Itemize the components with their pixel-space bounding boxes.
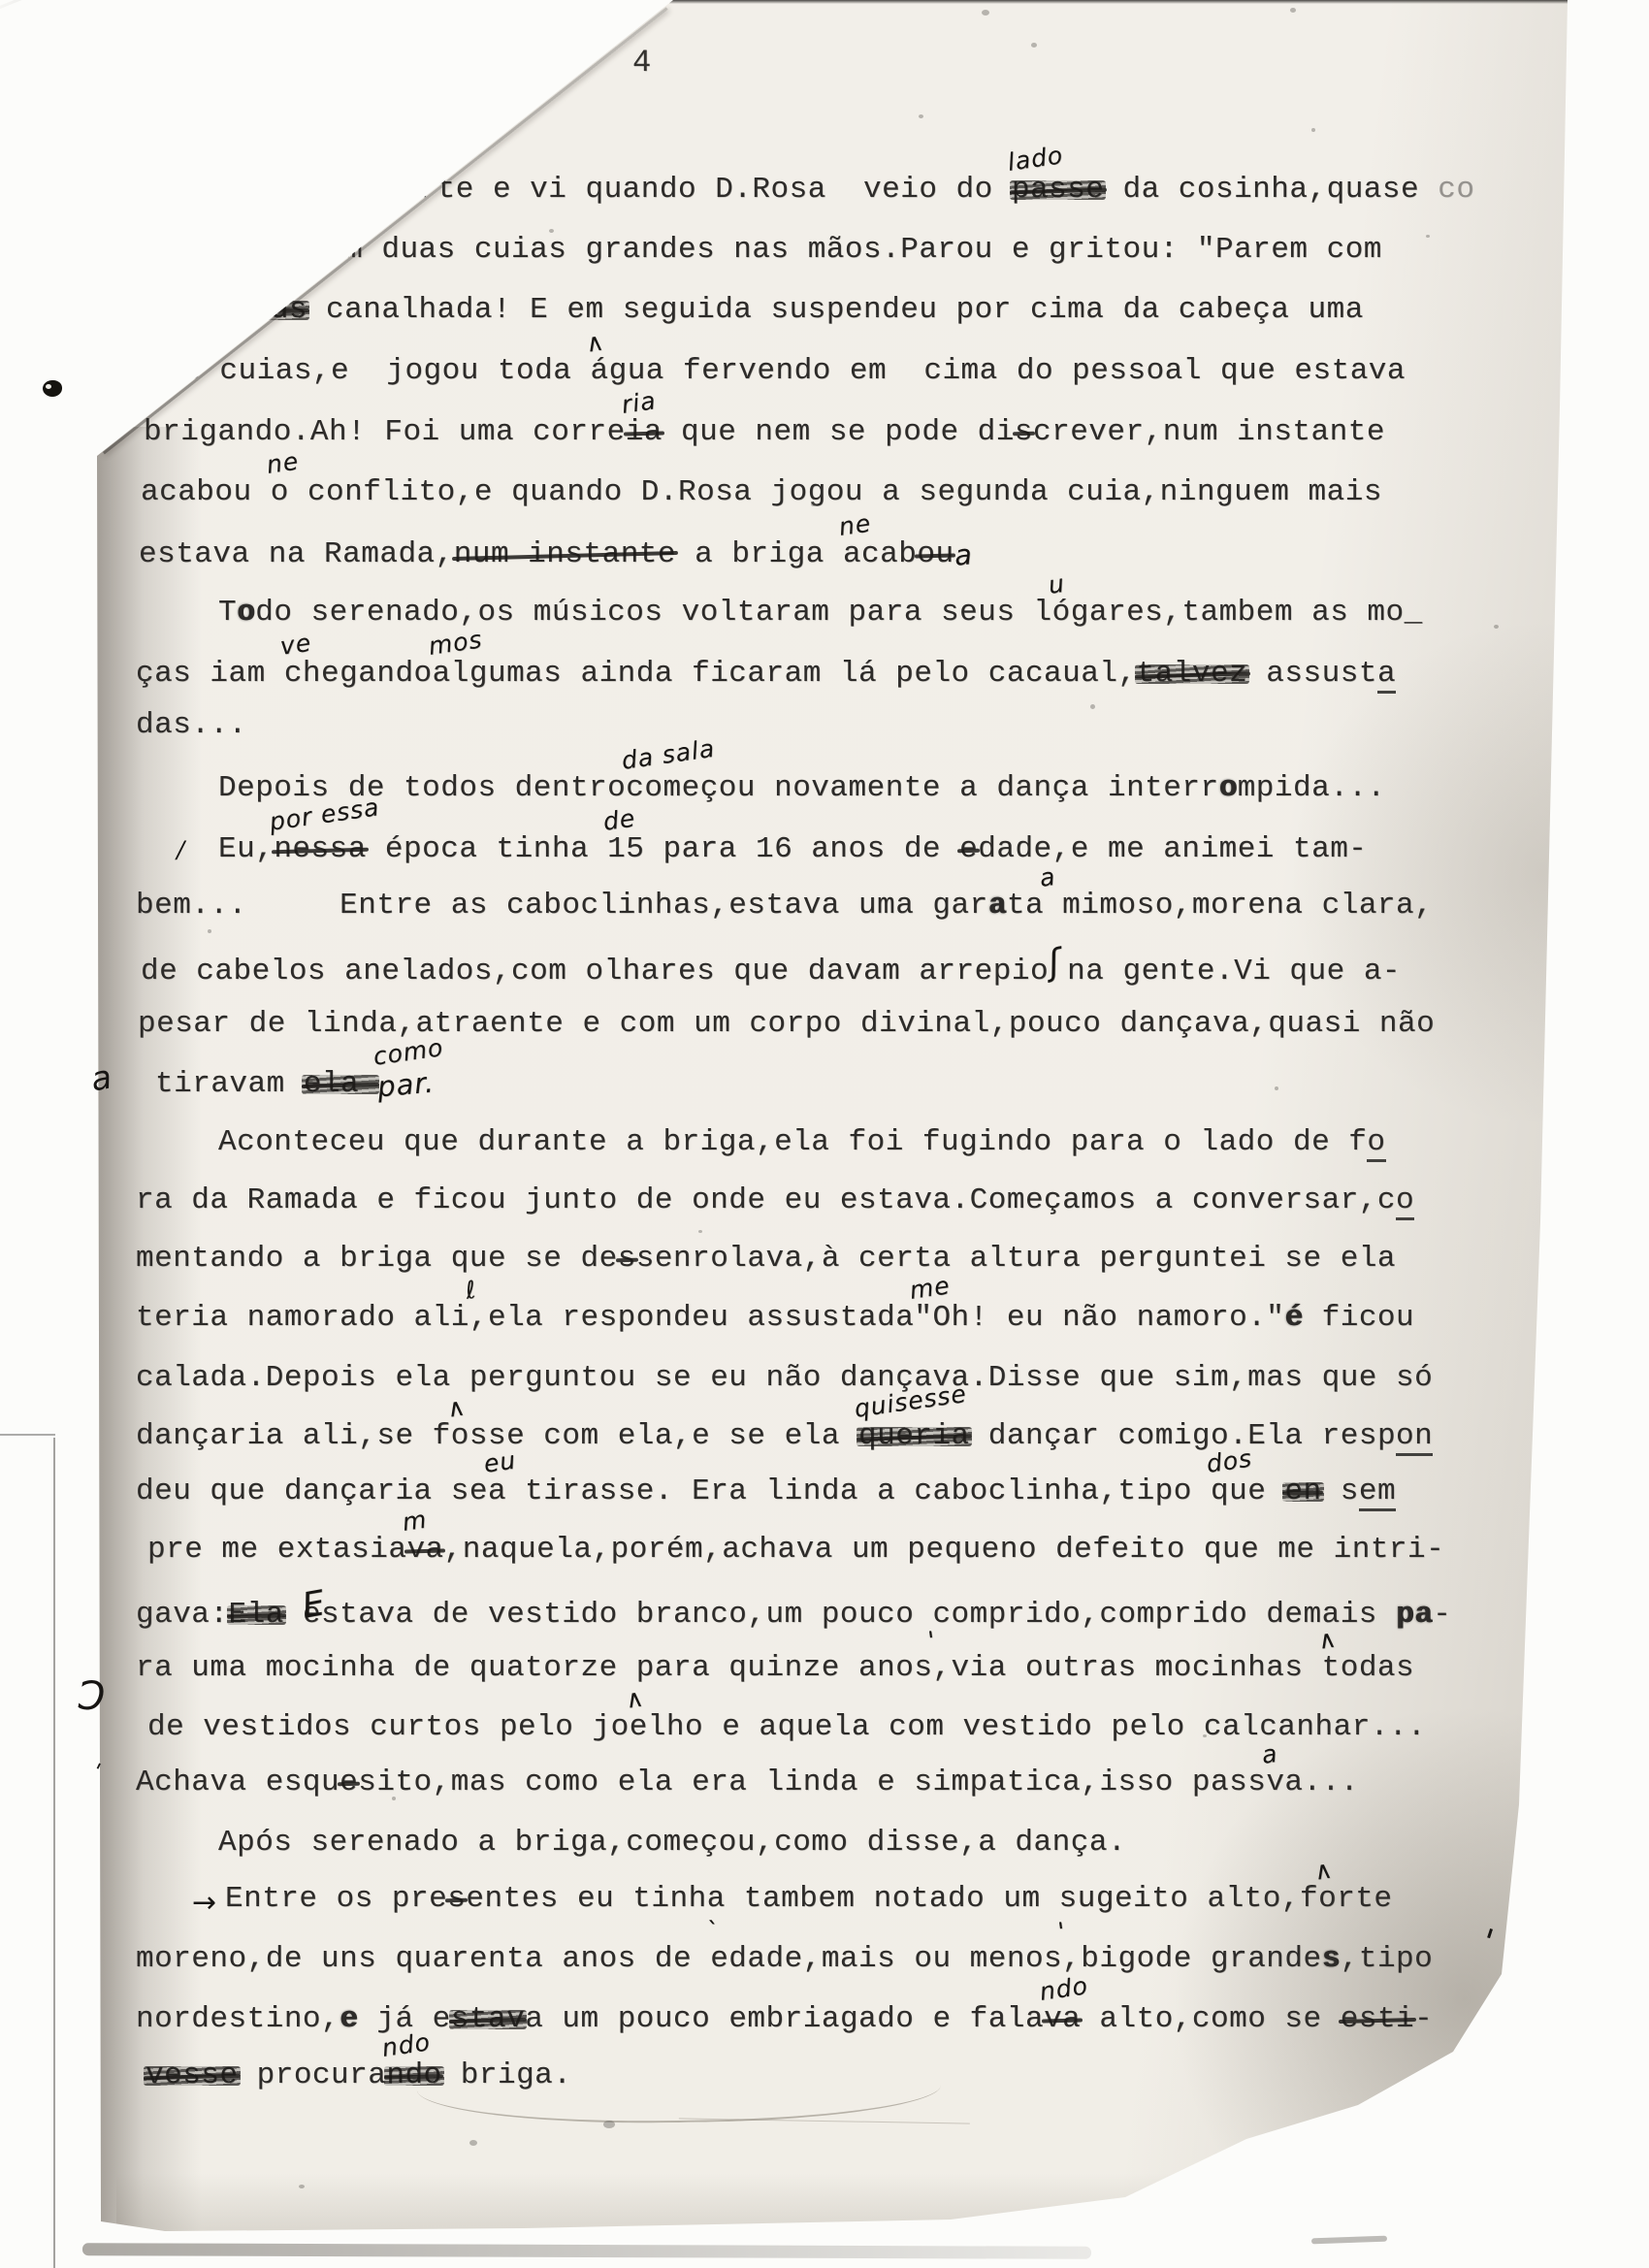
- scribbled-out-text: passe: [1012, 173, 1105, 207]
- typed-line: calada.Depois ela perguntou se eu não da…: [136, 1361, 1433, 1395]
- overtyped-text: o: [1219, 771, 1238, 805]
- scribbled-out-text: stav: [451, 2002, 525, 2036]
- scan-bottom-dash: [1311, 2236, 1387, 2245]
- typed-text: mentando a briga que se de: [136, 1242, 618, 1276]
- scan-speck: [208, 929, 211, 933]
- overtyped-text: é: [1284, 1301, 1303, 1335]
- scanned-document: 4 Eu estava de parte e vi quando D.Rosa …: [0, 0, 1649, 2268]
- scribbled-out-text: ela: [304, 1067, 377, 1101]
- typed-text: Entre os pre: [225, 1882, 447, 1916]
- struck-text: ia: [626, 415, 663, 449]
- typed-line: Achava esquesito,mas como ela era linda …: [136, 1766, 1359, 1799]
- underlined-text: o: [1396, 1183, 1414, 1220]
- typed-text: correndo,com duas cuias grandes nas mãos…: [141, 233, 1382, 267]
- struck-text: ou: [917, 537, 954, 571]
- typed-line: Eu estava de parte e vi quando D.Rosa ve…: [141, 173, 1474, 207]
- typed-text: estava de vestido branco,um pouco compri…: [303, 1598, 1396, 1632]
- typed-text: tiravam: [155, 1067, 304, 1101]
- typed-line: correndo,com duas cuias grandes nas mãos…: [141, 233, 1382, 267]
- typed-text: ta: [1007, 889, 1044, 923]
- struck-text: e: [339, 1766, 358, 1799]
- typed-line: deu que dançaria seeua tirasse. Era lind…: [136, 1474, 1396, 1511]
- scan-speck: [549, 229, 554, 233]
- struck-text: esti: [1341, 2002, 1414, 2036]
- typed-line: acabou neo conflito,e quando D.Rosa jogo…: [141, 475, 1382, 509]
- typed-text: s: [1322, 1474, 1359, 1508]
- typed-line: Eu,por essanessa época tinha de15 para 1…: [218, 832, 1367, 866]
- scribbled-out-text: talvez: [1137, 657, 1248, 691]
- struck-text: va: [1044, 2002, 1081, 2036]
- typed-text: alto,como se: [1081, 2002, 1340, 2036]
- typed-text: Depois de todos dentro: [218, 771, 626, 805]
- typed-text: de vestidos curtos pelo jo: [147, 1710, 630, 1744]
- typed-text: ficou: [1304, 1301, 1415, 1335]
- scan-speck: [1494, 625, 1499, 629]
- scan-speck: [982, 10, 989, 16]
- typed-text: das...: [136, 708, 247, 742]
- typed-text: isso: [141, 293, 234, 327]
- typed-text: começou novamente a dança interr: [626, 771, 1218, 805]
- typed-text: da cosinha,quase: [1104, 173, 1419, 207]
- typed-text: ra uma mocinha de quatorze para quinze a…: [136, 1651, 932, 1685]
- underlying-page-edge-vertical: [53, 1438, 55, 2268]
- paper-bottom-shading: [116, 2173, 1377, 2231]
- typed-line: pesar de linda,atraente e com um corpo d…: [138, 1007, 1435, 1041]
- typed-line: Depois de todos dentroda salacomeçou nov…: [218, 771, 1386, 805]
- top-left-fold-streak: [0, 0, 206, 20]
- typed-line: teria namorado aliℓ,ela respondeu assust…: [136, 1301, 1414, 1335]
- struck-text: s: [447, 1882, 466, 1916]
- typed-text: o conflito,e quando D.Rosa jogou a segun…: [271, 475, 1382, 509]
- margin-handwritten-mark: Ɔ: [76, 1674, 103, 1719]
- typed-text: algumas ainda ficaram lá pelo cacaual,: [433, 657, 1137, 691]
- scan-speck: [811, 502, 816, 506]
- typed-text: "Oh! eu não namoro.": [914, 1301, 1284, 1335]
- scan-speck: [1090, 704, 1095, 709]
- typed-line: das cuias,e jogou toda ∧água fervendo em…: [145, 354, 1406, 388]
- scribbled-out-text: queria: [858, 1419, 970, 1453]
- typed-text: elho e aquela com vestido pelo calcanhar…: [630, 1710, 1426, 1744]
- typed-text: deu que dançaria se: [136, 1474, 488, 1508]
- struck-text: s: [618, 1242, 636, 1276]
- typed-text: 15 para 16 anos de: [607, 832, 959, 866]
- typed-text: que nem se pode di: [663, 415, 1015, 449]
- underlined-text: on: [1396, 1419, 1433, 1456]
- typed-text: va...: [1266, 1766, 1359, 1799]
- underlying-page-edge-horizontal: [0, 1434, 55, 1436]
- typed-text: canalhada! E em seguida suspendeu por ci…: [307, 293, 1364, 327]
- typed-text: a tirasse. Era linda a caboclinha,tipo: [488, 1474, 1211, 1508]
- typed-text: a briga: [676, 537, 843, 571]
- typed-text: ,naquela,porém,achava um pequeno defeito…: [444, 1533, 1445, 1567]
- typed-text: estava na Ramada,: [139, 537, 454, 571]
- typed-text: teria namorado ali: [136, 1301, 469, 1335]
- overtyped-text: o: [237, 596, 255, 630]
- typed-text: ,ela respondeu assustada: [469, 1301, 914, 1335]
- scan-speck: [1203, 1734, 1207, 1737]
- typed-text: Após serenado a briga,começou,como disse…: [218, 1826, 1126, 1860]
- typed-text: ra da Ramada e ficou junto de onde eu es…: [136, 1183, 1396, 1217]
- typed-text: ,bigode grande: [1062, 1942, 1321, 1976]
- struck-text: s: [1015, 415, 1033, 449]
- typed-line: Entre os presentes eu tinha tambem notad…: [225, 1882, 1393, 1916]
- typed-text: brigando.Ah! Foi uma corre: [144, 415, 626, 449]
- handwritten-text: a: [953, 537, 974, 572]
- typed-text: ,via outras mocinhas: [932, 1651, 1321, 1685]
- typed-text: entes eu tinha tambem notado um sugeito …: [466, 1882, 1318, 1916]
- scan-speck: [698, 1230, 702, 1233]
- margin-handwritten-mark: ∕: [177, 836, 184, 863]
- typed-text: que: [1211, 1474, 1284, 1508]
- typed-line: nordestino,e já estava um pouco embriaga…: [136, 2002, 1433, 2036]
- scan-speck: [1426, 235, 1430, 238]
- typed-text: gava:: [136, 1598, 229, 1632]
- scan-speck: [469, 2140, 477, 2146]
- scan-bottom-shadow-band: [82, 2243, 1091, 2259]
- typed-text: [284, 1598, 303, 1632]
- typed-line: isso seus canalhada! E em seguida suspen…: [141, 293, 1364, 327]
- typed-text: Achava esqu: [136, 1766, 339, 1799]
- overtyped-text: s: [1322, 1942, 1341, 1976]
- overtyped-text: pa: [1396, 1598, 1433, 1632]
- typed-text: bem... Entre as caboclinhas,estava uma g…: [136, 889, 988, 923]
- typed-line: pre me extasiamva,naquela,porém,achava u…: [147, 1533, 1444, 1567]
- page-number: 4: [632, 45, 651, 81]
- typed-text: ógares,tambem as mo_: [1052, 596, 1423, 630]
- typed-text: ,tipo: [1341, 1942, 1434, 1976]
- typed-text: -: [1433, 1598, 1451, 1632]
- overtyped-text: a: [988, 889, 1007, 923]
- typed-text: época tinha: [367, 832, 607, 866]
- struck-text: va: [406, 1533, 443, 1567]
- typed-text: na gente.Vi que a-: [1049, 955, 1401, 988]
- typed-line: moreno,de uns quarenta anos de ˋedade,ma…: [136, 1942, 1433, 1976]
- typed-text: água fervendo em cima do pessoal que est…: [590, 354, 1406, 388]
- scan-speck: [392, 1797, 396, 1800]
- typed-line: brigando.Ah! Foi uma correriaia que nem …: [144, 415, 1385, 449]
- typed-text: T: [218, 596, 237, 630]
- typed-line: Todo serenado,os músicos voltaram para s…: [218, 596, 1423, 630]
- typed-text: a um pouco embriagado e fala: [525, 2002, 1044, 2036]
- typed-text: calada.Depois ela perguntou se eu não da…: [136, 1361, 1433, 1395]
- scribbled-out-text: en: [1284, 1474, 1321, 1508]
- underlined-text: a: [1377, 657, 1396, 694]
- typed-text: chegando: [284, 657, 433, 691]
- typed-text: mimoso,morena clara,: [1044, 889, 1433, 923]
- typed-line: de vestidos curtos pelo jo∧elho e aquela…: [147, 1710, 1426, 1744]
- underlined-text: o: [1367, 1125, 1385, 1162]
- typed-line: das...: [136, 708, 247, 742]
- typed-text: pesar de linda,atraente e com um corpo d…: [138, 1007, 1435, 1041]
- scan-speck: [1290, 8, 1296, 13]
- scribbled-out-text: Ela: [229, 1598, 284, 1632]
- scan-speck: [603, 2121, 615, 2128]
- typed-text: orte: [1318, 1882, 1392, 1916]
- typed-text: sito,mas como ela era linda e simpatica,…: [358, 1766, 1266, 1799]
- typed-text: dade,e me animei tam-: [978, 832, 1367, 866]
- typed-line: ra uma mocinha de quatorze para quinze a…: [136, 1651, 1414, 1685]
- struck-text: e: [959, 832, 978, 866]
- typed-text: mpida...: [1238, 771, 1386, 805]
- typed-text: -: [1414, 2002, 1433, 2036]
- typed-line: mentando a briga que se dessenrolava,à c…: [136, 1242, 1396, 1276]
- typed-text: Aconteceu que durante a briga,ela foi fu…: [218, 1125, 1367, 1159]
- scribbled-out-text: seus: [234, 293, 307, 327]
- typed-line: estava na Ramada,num instante a briga ne…: [139, 535, 972, 571]
- typed-line: Aconteceu que durante a briga,ela foi fu…: [218, 1125, 1386, 1162]
- paper-top-edge: [669, 0, 1569, 4]
- scan-speck: [299, 2185, 305, 2188]
- typed-text: procura: [239, 2058, 387, 2092]
- typed-text: acabou: [141, 475, 271, 509]
- typed-line: gava:Ela Eestava de vestido branco,um po…: [136, 1591, 1451, 1632]
- typed-line: de cabelos anelados,com olhares que dava…: [141, 948, 1401, 988]
- scan-speck: [919, 114, 923, 118]
- typed-text: nordestino,: [136, 2002, 339, 2036]
- typed-text: de cabelos anelados,com olhares que dava…: [141, 955, 1049, 988]
- typed-text: senrolava,à certa altura perguntei se el…: [636, 1242, 1396, 1276]
- typed-text: ças iam: [136, 657, 284, 691]
- typed-line: ças iam vechegandomosalgumas ainda ficar…: [136, 657, 1396, 694]
- typed-text: do serenado,os músicos voltaram para seu…: [255, 596, 1051, 630]
- typed-text: Eu,: [218, 832, 274, 866]
- typed-text: pre me extasia: [147, 1533, 406, 1567]
- typed-text: moreno,de uns quarenta anos de: [136, 1942, 710, 1976]
- faint-typed-text: co: [1419, 173, 1474, 207]
- typed-line: ra da Ramada e ficou junto de onde eu es…: [136, 1183, 1414, 1220]
- typed-text: dançar comigo.Ela resp: [970, 1419, 1396, 1453]
- typed-line: bem... Entre as caboclinhas,estava uma g…: [136, 889, 1433, 923]
- typed-line: Após serenado a briga,começou,como disse…: [218, 1826, 1126, 1860]
- handwritten-text: par.: [376, 1066, 436, 1104]
- typed-text: edade,mais ou menos: [710, 1942, 1062, 1976]
- hole-punch-mark: [43, 380, 62, 397]
- underlined-text: em: [1359, 1474, 1396, 1511]
- typed-text: assust: [1247, 657, 1377, 691]
- typed-text: todas: [1322, 1651, 1415, 1685]
- typed-text: Eu estava de parte e vi quando D.Rosa ve…: [141, 173, 1012, 207]
- struck-text: num instante: [454, 537, 676, 571]
- typed-text: dançaria ali,se f: [136, 1419, 451, 1453]
- scribbled-out-text: vesse: [145, 2058, 239, 2092]
- margin-handwritten-mark: →: [192, 1886, 216, 1920]
- typed-line: tiravam ela comopar.: [155, 1065, 435, 1101]
- overtyped-text: e: [339, 2002, 358, 2036]
- paper-sheet: 4 Eu estava de parte e vi quando D.Rosa …: [0, 0, 1649, 2268]
- scan-speck: [1311, 128, 1315, 132]
- scan-speck: [1275, 1086, 1278, 1090]
- scan-speck: [1031, 43, 1037, 48]
- typed-text: das cuias,e jogou toda: [145, 354, 590, 388]
- typed-text: acab: [843, 537, 917, 571]
- struck-text: nessa: [274, 832, 367, 866]
- typed-text: crever,num instante: [1033, 415, 1385, 449]
